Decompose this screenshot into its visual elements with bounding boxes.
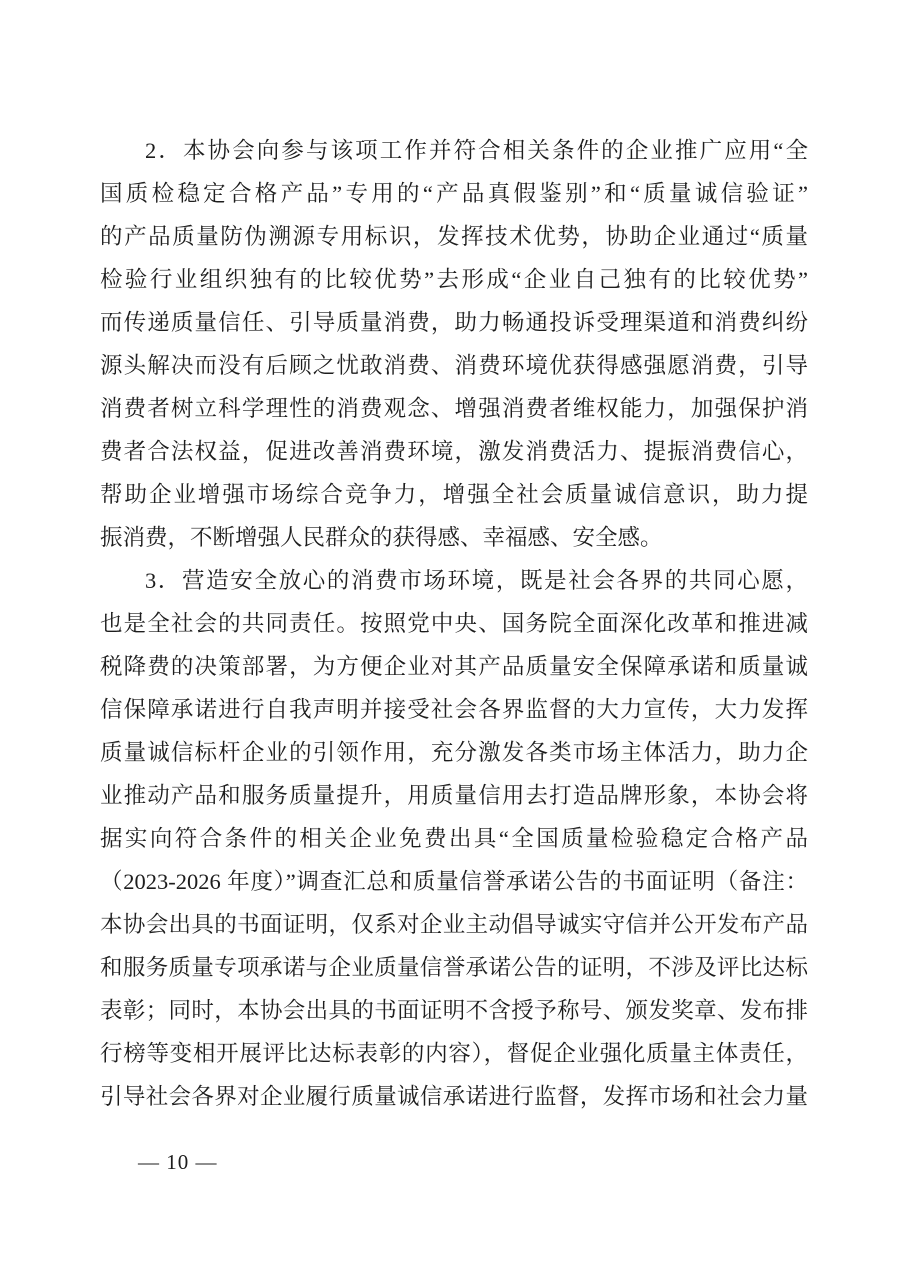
text-line: 行榜等变相开展评比达标表彰的内容），督促企业强化质量主体责任， xyxy=(100,1032,808,1075)
document-body: 2．本协会向参与该项工作并符合相关条件的企业推广应用“全国质检稳定合格产品”专用… xyxy=(100,129,808,1118)
text-line: 信保障承诺进行自我声明并接受社会各界监督的大力宣传，大力发挥 xyxy=(100,688,808,731)
text-line: 引导社会各界对企业履行质量诚信承诺进行监督，发挥市场和社会力量 xyxy=(100,1075,808,1118)
text-line: 和服务质量专项承诺与企业质量信誉承诺公告的证明，不涉及评比达标 xyxy=(100,946,808,989)
text-line: 帮助企业增强市场综合竞争力，增强全社会质量诚信意识，助力提 xyxy=(100,473,808,516)
text-line: 国质检稳定合格产品”专用的“产品真假鉴别”和“质量诚信验证” xyxy=(100,172,808,215)
text-line: 检验行业组织独有的比较优势”去形成“企业自己独有的比较优势” xyxy=(100,258,808,301)
text-line: 消费者树立科学理性的消费观念、增强消费者维权能力，加强保护消 xyxy=(100,387,808,430)
text-line: 本协会出具的书面证明，仅系对企业主动倡导诚实守信并公开发布产品 xyxy=(100,903,808,946)
text-line: 业推动产品和服务质量提升，用质量信用去打造品牌形象，本协会将 xyxy=(100,774,808,817)
text-line: 质量诚信标杆企业的引领作用，充分激发各类市场主体活力，助力企 xyxy=(100,731,808,774)
text-line: 据实向符合条件的相关企业免费出具“全国质量检验稳定合格产品 xyxy=(100,817,808,860)
document-page: 2．本协会向参与该项工作并符合相关条件的企业推广应用“全国质检稳定合格产品”专用… xyxy=(0,0,900,1273)
text-line: （2023-2026 年度）”调查汇总和质量信誉承诺公告的书面证明（备注： xyxy=(100,860,808,903)
page-number: — 10 — xyxy=(138,1150,218,1175)
text-line: 表彰；同时，本协会出具的书面证明不含授予称号、颁发奖章、发布排 xyxy=(100,989,808,1032)
text-line: 而传递质量信任、引导质量消费，助力畅通投诉受理渠道和消费纠纷 xyxy=(100,301,808,344)
text-line: 的产品质量防伪溯源专用标识，发挥技术优势，协助企业通过“质量 xyxy=(100,215,808,258)
text-line: 费者合法权益，促进改善消费环境，激发消费活力、提振消费信心， xyxy=(100,430,808,473)
text-line: 税降费的决策部署，为方便企业对其产品质量安全保障承诺和质量诚 xyxy=(100,645,808,688)
text-line: 振消费，不断增强人民群众的获得感、幸福感、安全感。 xyxy=(100,516,808,559)
text-line: 源头解决而没有后顾之忧敢消费、消费环境优获得感强愿消费，引导 xyxy=(100,344,808,387)
text-line: 2．本协会向参与该项工作并符合相关条件的企业推广应用“全 xyxy=(100,129,808,172)
text-line: 也是全社会的共同责任。按照党中央、国务院全面深化改革和推进减 xyxy=(100,602,808,645)
text-line: 3．营造安全放心的消费市场环境，既是社会各界的共同心愿， xyxy=(100,559,808,602)
